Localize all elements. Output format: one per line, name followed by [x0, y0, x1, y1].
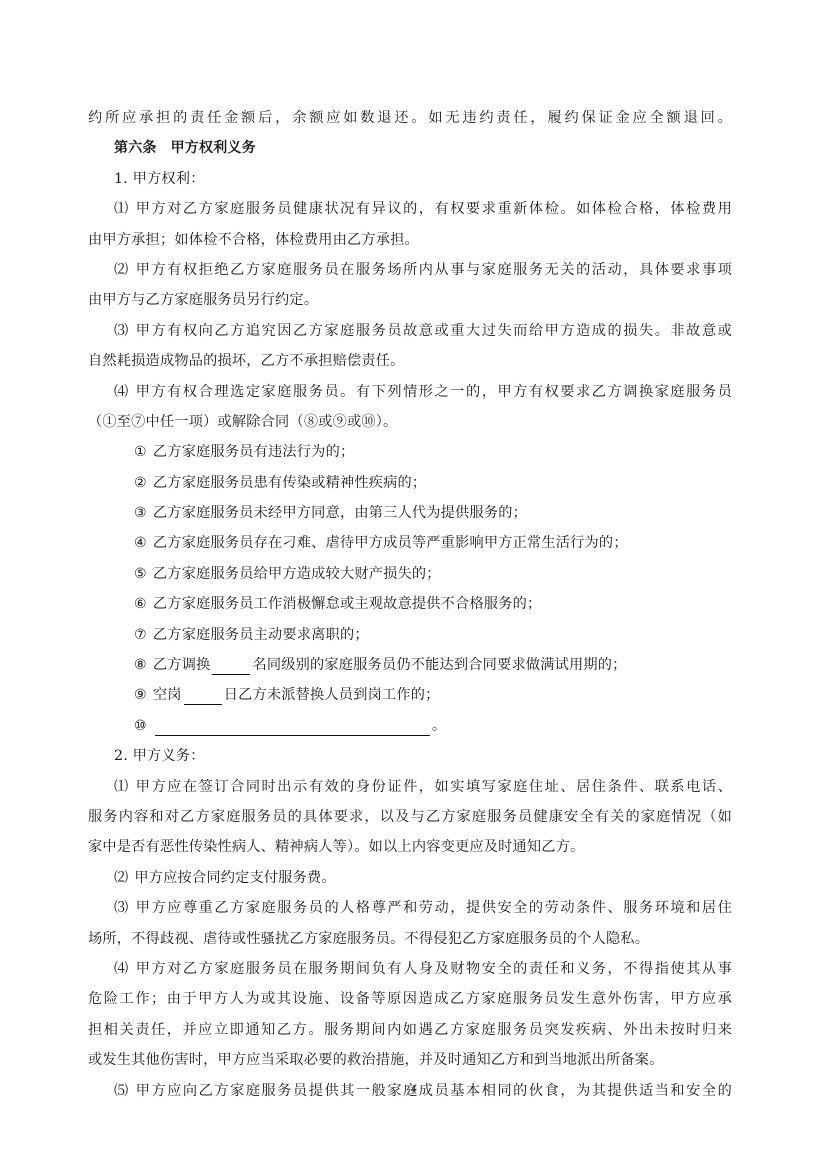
replacement-count-blank[interactable] [212, 656, 250, 675]
obligations-item-1-line-2: 服务内容和对乙方家庭服务员的具体要求，以及与乙方家庭服务员健康安全有关的家庭情况… [88, 802, 732, 832]
situation-2: ②乙方家庭服务员患有传染或精神性疾病的； [88, 468, 732, 498]
item-number: ⑵ [114, 262, 130, 278]
document-page: 约所应承担的责任金额后，余额应如数退还。如无违约责任，履约保证金应全额退回。 第… [88, 103, 732, 1106]
situation-1: ①乙方家庭服务员有违法行为的； [88, 437, 732, 467]
other-situation-blank[interactable] [155, 717, 430, 736]
situation-3: ③乙方家庭服务员未经甲方同意，由第三人代为提供服务的； [88, 498, 732, 528]
rights-item-1-line-2: 由甲方承担；如体检不合格，体检费用由乙方承担。 [88, 225, 732, 255]
item-number: ⑴ [114, 779, 130, 795]
rights-heading: 1. 甲方权利： [88, 164, 732, 194]
obligations-item-4-line-3: 担相关责任，并应立即通知乙方。服务期间内如遇乙方家庭服务员突发疾病、外出未按时归… [88, 1015, 732, 1045]
obligations-item-4-line-1: ⑷甲方对乙方家庭服务员在服务期间负有人身及财物安全的责任和义务，不得指使其从事 [88, 954, 732, 984]
article-title: 甲方权利义务 [171, 140, 256, 156]
rights-item-4-line-1: ⑷甲方有权合理选定家庭服务员。有下列情形之一的，甲方有权要求乙方调换家庭服务员 [88, 377, 732, 407]
obligations-item-3-line-1: ⑶甲方应尊重乙方家庭服务员的人格尊严和劳动，提供安全的劳动条件、服务环境和居住 [88, 893, 732, 923]
situation-9: ⑨空岗日乙方未派替换人员到岗工作的； [88, 680, 732, 710]
situation-10: ⑩。 [88, 711, 732, 741]
obligations-item-1-line-3: 家中是否有恶性传染性病人、精神病人等）。如以上内容变更应及时通知乙方。 [88, 832, 732, 862]
rights-item-3-line-2: 自然耗损造成物品的损坏，乙方不承担赔偿责任。 [88, 346, 732, 376]
item-number: ⑶ [114, 900, 130, 916]
situation-4: ④乙方家庭服务员存在刁难、虐待甲方成员等严重影响甲方正常生活行为的； [88, 528, 732, 558]
item-number: ⑵ [114, 870, 128, 886]
rights-item-4-line-2: （①至⑦中任一项）或解除合同（⑧或⑨或⑩）。 [88, 407, 732, 437]
obligations-item-3-line-2: 场所，不得歧视、虐待或性骚扰乙方家庭服务员。不得侵犯乙方家庭服务员的个人隐私。 [88, 924, 732, 954]
page-number: 4 [0, 1083, 827, 1095]
situation-8: ⑧乙方调换名同级别的家庭服务员仍不能达到合同要求做满试用期的； [88, 650, 732, 680]
article-number: 第六条 [114, 140, 157, 156]
rights-item-2-line-1: ⑵甲方有权拒绝乙方家庭服务员在服务场所内从事与家庭服务无关的活动，具体要求事项 [88, 255, 732, 285]
obligations-item-2-line-1: ⑵甲方应按合同约定支付服务费。 [88, 863, 732, 893]
item-number: ⑶ [114, 323, 130, 339]
item-number: ⑷ [114, 384, 130, 400]
situation-7: ⑦乙方家庭服务员主动要求离职的； [88, 620, 732, 650]
article-heading: 第六条甲方权利义务 [88, 133, 732, 163]
situation-5: ⑤乙方家庭服务员给甲方造成较大财产损失的； [88, 559, 732, 589]
obligations-heading: 2. 甲方义务： [88, 741, 732, 771]
rights-item-1-line-1: ⑴甲方对乙方家庭服务员健康状况有异议的，有权要求重新体检。如体检合格，体检费用 [88, 194, 732, 224]
obligations-item-4-line-4: 或发生其他伤害时，甲方应当采取必要的救治措施，并及时通知乙方和到当地派出所备案。 [88, 1045, 732, 1075]
item-number: ⑷ [114, 961, 130, 977]
rights-item-3-line-1: ⑶甲方有权向乙方追究因乙方家庭服务员故意或重大过失而给甲方造成的损失。非故意或 [88, 316, 732, 346]
situation-6: ⑥乙方家庭服务员工作消极懈怠或主观故意提供不合格服务的； [88, 589, 732, 619]
obligations-item-1-line-1: ⑴甲方应在签订合同时出示有效的身份证件，如实填写家庭住址、居住条件、联系电话、 [88, 772, 732, 802]
obligations-item-4-line-2: 危险工作；由于甲方人为或其设施、设备等原因造成乙方家庭服务员发生意外伤害，甲方应… [88, 984, 732, 1014]
continuation-line: 约所应承担的责任金额后，余额应如数退还。如无违约责任，履约保证金应全额退回。 [88, 103, 732, 133]
vacancy-days-blank[interactable] [184, 686, 222, 705]
rights-item-2-line-2: 由甲方与乙方家庭服务员另行约定。 [88, 285, 732, 315]
item-number: ⑴ [114, 201, 130, 217]
